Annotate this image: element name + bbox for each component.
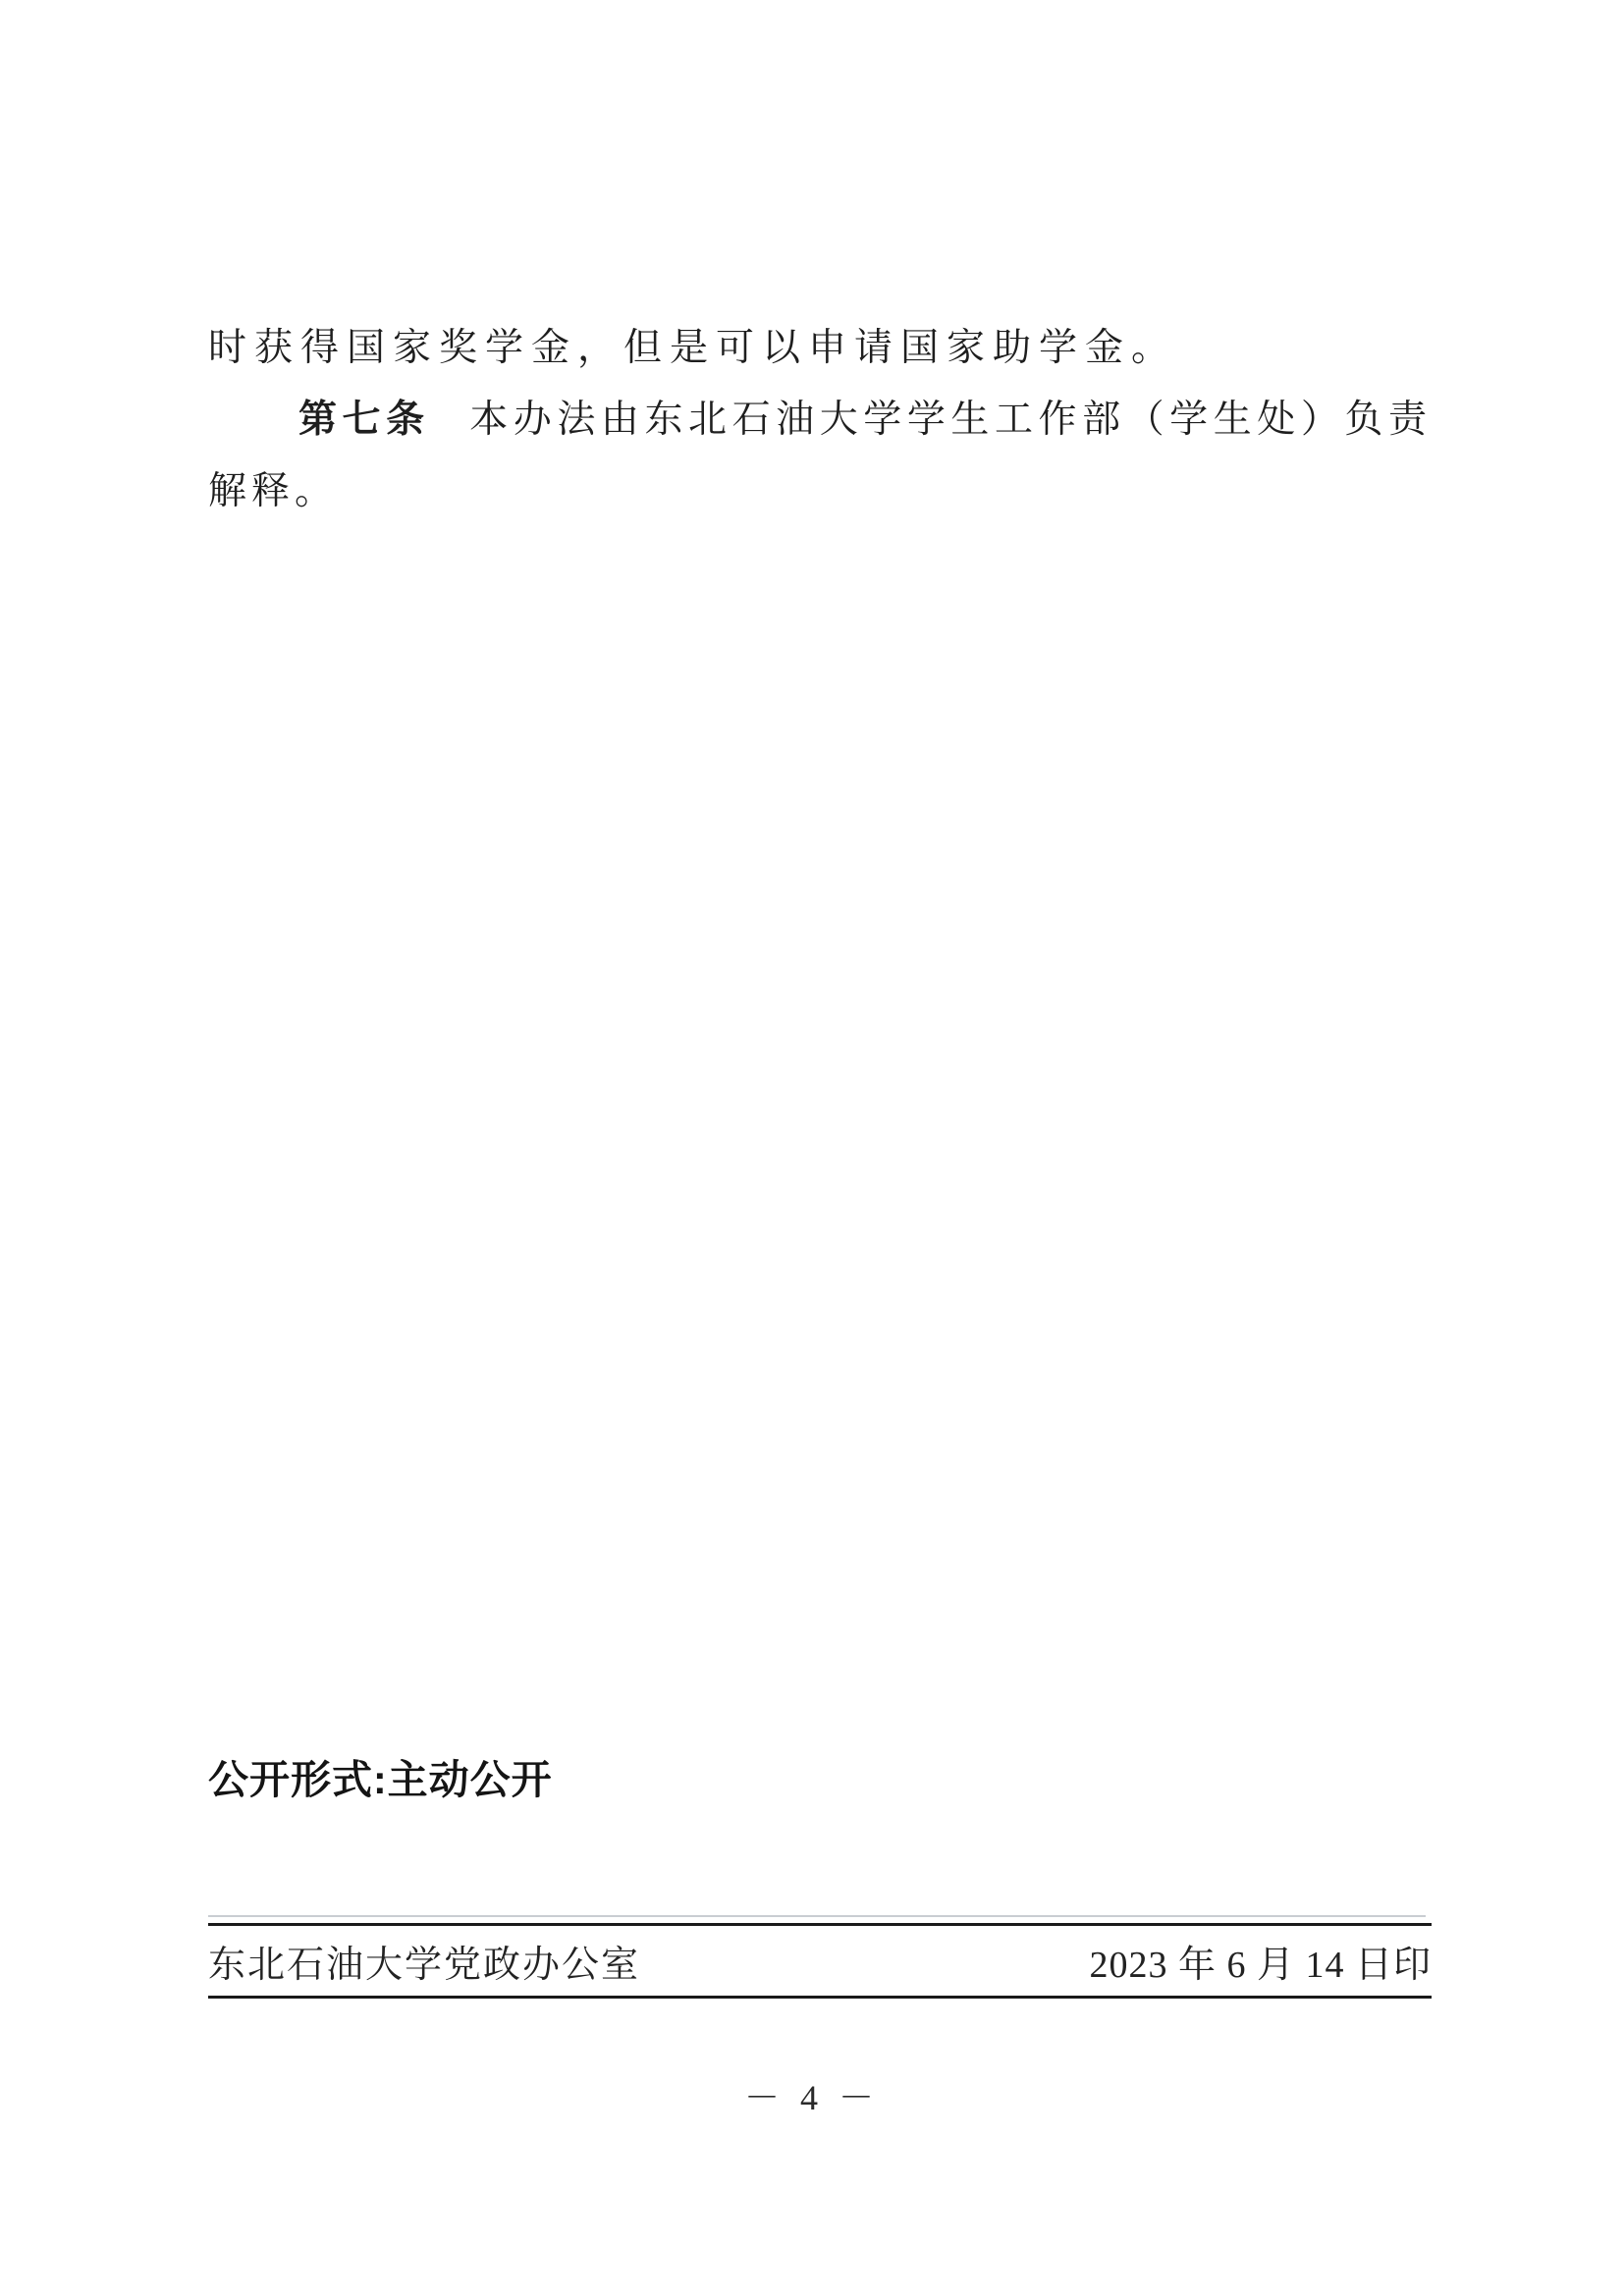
footer-print-date: 2023 年 6 月 14 日印 bbox=[1089, 1934, 1432, 1988]
page-number: － 4 － bbox=[0, 2077, 1624, 2119]
article-seven-paragraph: 第七条本办法由东北石油大学学生工作部（学生处）负责解释。 bbox=[208, 384, 1432, 527]
publicity-form-line: 公开形式:主动公开 bbox=[208, 1756, 553, 1804]
document-page: 时获得国家奖学金，但是可以申请国家助学金。 第七条本办法由东北石油大学学生工作部… bbox=[0, 0, 1624, 2296]
document-body: 时获得国家奖学金，但是可以申请国家助学金。 第七条本办法由东北石油大学学生工作部… bbox=[208, 312, 1432, 527]
footer-issuer: 东北石油大学党政办公室 bbox=[208, 1934, 640, 1988]
footer-band: 东北石油大学党政办公室 2023 年 6 月 14 日印 bbox=[208, 1923, 1432, 1999]
article-number: 第七条 bbox=[298, 399, 430, 441]
paragraph-continuation: 时获得国家奖学金，但是可以申请国家助学金。 bbox=[208, 312, 1432, 384]
